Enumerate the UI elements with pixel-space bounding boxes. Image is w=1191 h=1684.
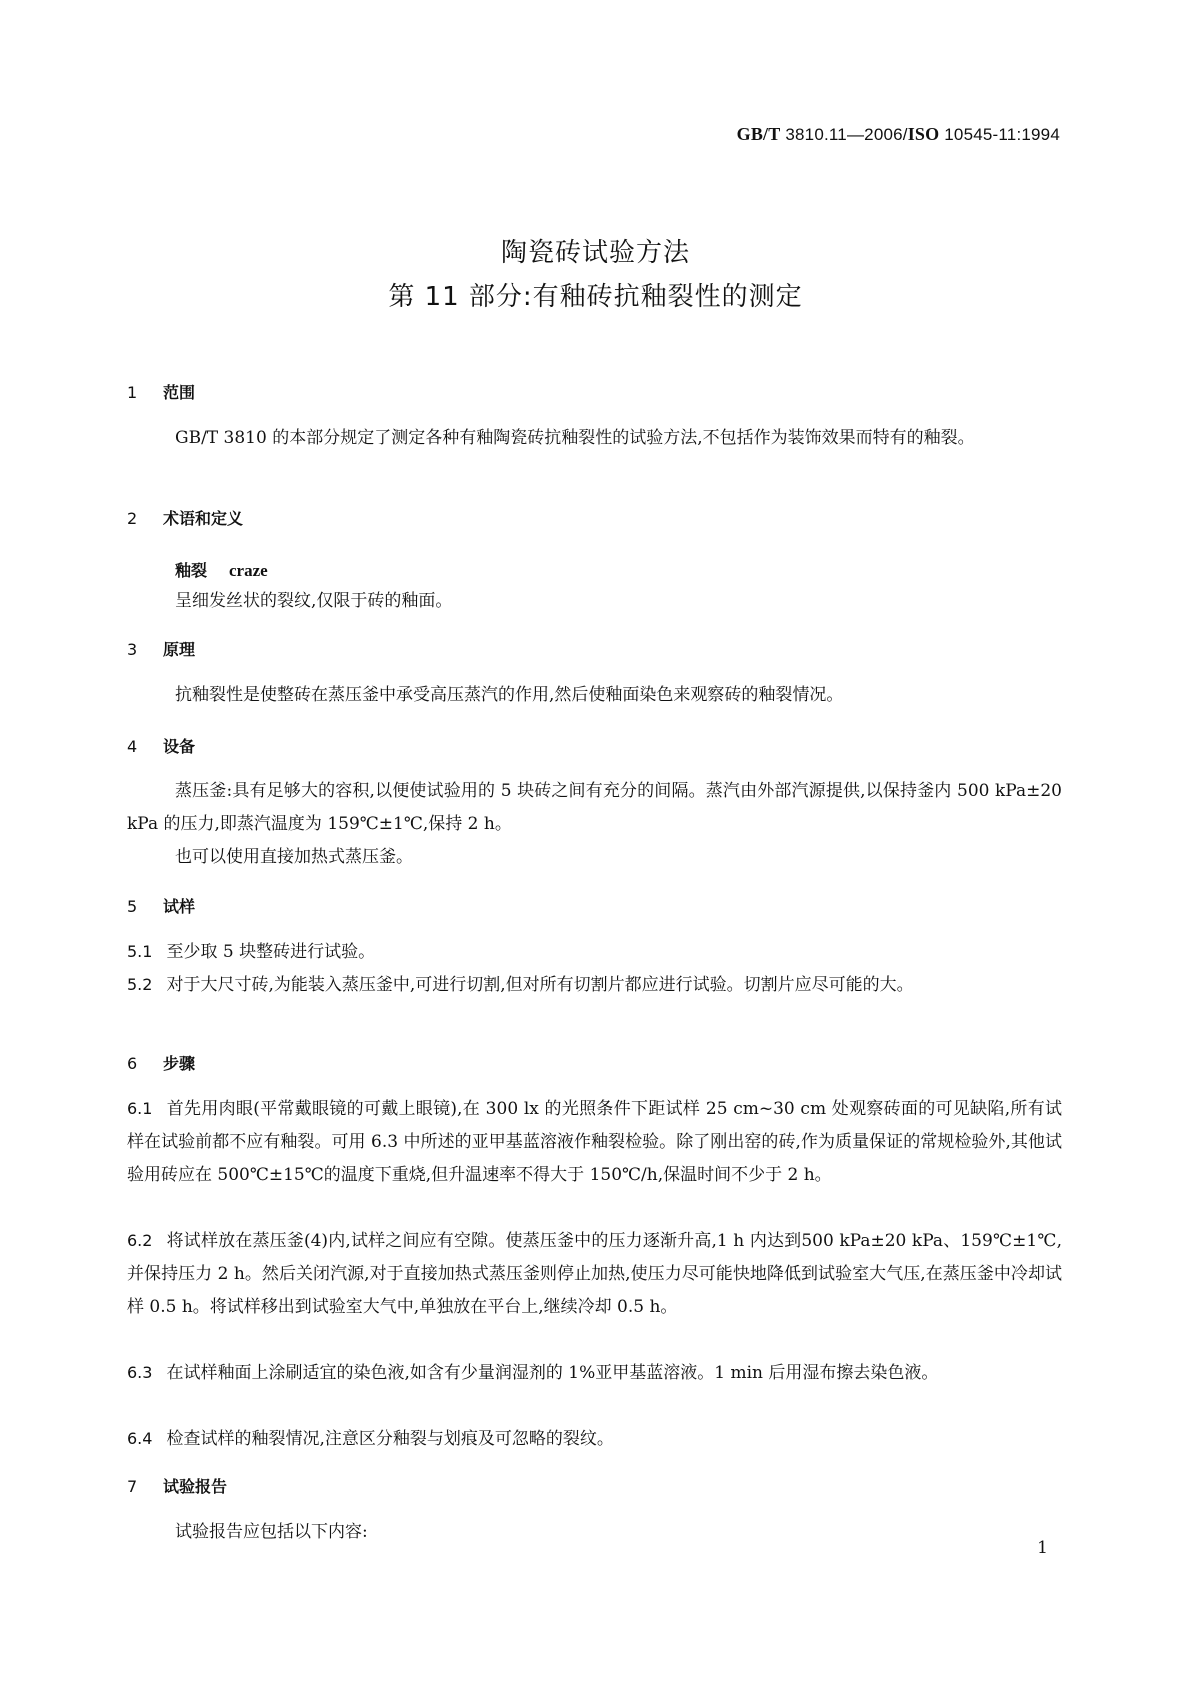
clause-6-1: 6.1首先用肉眼(平常戴眼镜的可戴上眼镜),在 300 lx 的光照条件下距试样… bbox=[127, 1092, 1062, 1192]
section-title: 术语和定义 bbox=[163, 509, 243, 528]
section-number: 7 bbox=[127, 1477, 163, 1496]
section-title: 试样 bbox=[163, 897, 195, 916]
term-english: craze bbox=[229, 561, 268, 580]
section-number: 2 bbox=[127, 509, 163, 528]
section-title: 原理 bbox=[163, 640, 195, 659]
gb-prefix: GB/T bbox=[737, 124, 781, 144]
section-number: 6 bbox=[127, 1054, 163, 1073]
section-number: 3 bbox=[127, 640, 163, 659]
section-title: 试验报告 bbox=[163, 1477, 227, 1496]
clause-text: 首先用肉眼(平常戴眼镜的可戴上眼镜),在 300 lx 的光照条件下距试样 25… bbox=[127, 1099, 1062, 1185]
section-heading-7: 7试验报告 bbox=[127, 1474, 227, 1497]
section-7-paragraph: 试验报告应包括以下内容: bbox=[127, 1516, 1062, 1549]
page-number: 1 bbox=[1037, 1538, 1048, 1558]
section-3-paragraph: 抗釉裂性是使整砖在蒸压釜中承受高压蒸汽的作用,然后使釉面染色来观察砖的釉裂情况。 bbox=[127, 679, 1062, 712]
section-4-paragraph-2: 也可以使用直接加热式蒸压釜。 bbox=[127, 841, 1062, 874]
section-heading-4: 4设备 bbox=[127, 734, 195, 757]
section-heading-2: 2术语和定义 bbox=[127, 506, 243, 529]
clause-text: 在试样釉面上涂刷适宜的染色液,如含有少量润湿剂的 1%亚甲基蓝溶液。1 min … bbox=[166, 1363, 938, 1383]
standard-code: GB/T 3810.11—2006/ISO 10545-11:1994 bbox=[737, 124, 1060, 145]
section-number: 1 bbox=[127, 383, 163, 402]
gb-number: 3810.11—2006/ bbox=[780, 125, 907, 144]
clause-text: 至少取 5 块整砖进行试验。 bbox=[166, 942, 375, 962]
section-1-paragraph: GB/T 3810 的本部分规定了测定各种有釉陶瓷砖抗釉裂性的试验方法,不包括作… bbox=[127, 422, 1062, 455]
section-number: 4 bbox=[127, 737, 163, 756]
clause-number: 6.1 bbox=[127, 1099, 152, 1118]
iso-prefix: ISO bbox=[908, 124, 940, 144]
clause-number: 6.4 bbox=[127, 1429, 152, 1448]
section-title: 步骤 bbox=[163, 1054, 195, 1073]
section-title: 范围 bbox=[163, 383, 195, 402]
clause-number: 6.3 bbox=[127, 1363, 152, 1382]
section-heading-1: 1范围 bbox=[127, 380, 195, 403]
section-number: 5 bbox=[127, 897, 163, 916]
clause-number: 5.2 bbox=[127, 975, 152, 994]
term-entry: 釉裂craze bbox=[175, 558, 268, 581]
clause-text: 检查试样的釉裂情况,注意区分釉裂与划痕及可忽略的裂纹。 bbox=[166, 1429, 613, 1449]
document-subtitle: 第 11 部分:有釉砖抗釉裂性的测定 bbox=[0, 276, 1191, 313]
clause-6-3: 6.3在试样釉面上涂刷适宜的染色液,如含有少量润湿剂的 1%亚甲基蓝溶液。1 m… bbox=[127, 1356, 1062, 1390]
clause-text: 将试样放在蒸压釜(4)内,试样之间应有空隙。使蒸压釜中的压力逐渐升高,1 h 内… bbox=[127, 1231, 1062, 1317]
section-heading-3: 3原理 bbox=[127, 637, 195, 660]
document-title: 陶瓷砖试验方法 bbox=[0, 232, 1191, 269]
clause-6-2: 6.2将试样放在蒸压釜(4)内,试样之间应有空隙。使蒸压釜中的压力逐渐升高,1 … bbox=[127, 1224, 1062, 1324]
section-4-paragraph-1: 蒸压釜:具有足够大的容积,以便使试验用的 5 块砖之间有充分的间隔。蒸汽由外部汽… bbox=[127, 775, 1062, 841]
term-chinese: 釉裂 bbox=[175, 561, 207, 580]
term-definition: 呈细发丝状的裂纹,仅限于砖的釉面。 bbox=[175, 585, 1055, 618]
clause-5-1: 5.1至少取 5 块整砖进行试验。 bbox=[127, 935, 1062, 969]
clause-number: 5.1 bbox=[127, 942, 152, 961]
clause-text: 对于大尺寸砖,为能装入蒸压釜中,可进行切割,但对所有切割片都应进行试验。切割片应… bbox=[166, 975, 913, 995]
section-title: 设备 bbox=[163, 737, 195, 756]
clause-6-4: 6.4检查试样的釉裂情况,注意区分釉裂与划痕及可忽略的裂纹。 bbox=[127, 1422, 1062, 1456]
section-heading-6: 6步骤 bbox=[127, 1051, 195, 1074]
clause-number: 6.2 bbox=[127, 1231, 152, 1250]
iso-number: 10545-11:1994 bbox=[939, 125, 1060, 144]
clause-5-2: 5.2对于大尺寸砖,为能装入蒸压釜中,可进行切割,但对所有切割片都应进行试验。切… bbox=[127, 968, 1062, 1002]
section-heading-5: 5试样 bbox=[127, 894, 195, 917]
